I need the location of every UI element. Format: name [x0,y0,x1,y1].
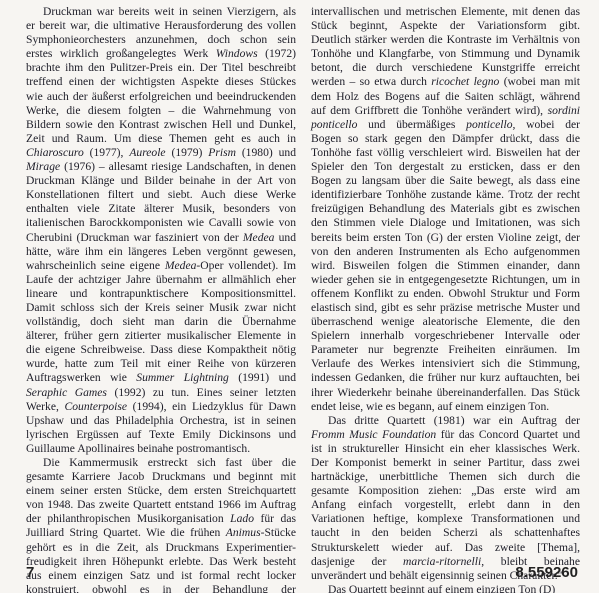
text-run: Symphonieorchesters anzunehmen, doch sch… [26,33,296,46]
italic-title: sordini [548,104,580,117]
text-line: dem Holz des Bogens auf die Saiten schlä… [311,90,580,104]
text-line: Bogen so stark gegen den Dämpfer drückt,… [311,132,580,146]
text-line: brachte ihm den Pulitzer-Preis ein. Der … [26,61,296,75]
italic-title: ponticello, [466,118,515,131]
text-line: erstes wirklich großangelegtes Werk Wind… [26,47,296,61]
text-line: Der Komponist bemerkt in seiner Partitur… [311,456,580,470]
text-line: Fromm Music Foundation für das Concord Q… [311,428,580,442]
text-line: Seraphic Games (1992) zu tun. Eines sein… [26,386,296,400]
text-run: der philanthropischen Musikorganisation [26,512,230,525]
text-run: offenem Konflikt zu enden. Obwohl Strukt… [311,287,580,300]
text-run: ihrer Wiederkehr beinahe übereinanderfal… [311,386,580,399]
text-run: Bogen zu langsam über die Saite bewegt, … [311,174,580,187]
text-line: die eigene Schreibweise. Dass diese Komp… [26,343,296,357]
text-run: (wobei man mit [499,75,580,88]
text-run: Laufe der achtziger Jahre übernahm er al… [26,273,296,286]
text-run: (1992) zu tun. Eines seiner letzten [107,386,296,399]
text-line: lyrischen Ergüssen auf Texte Emily Dicki… [26,428,296,442]
text-run: von 1948. Das zweite Quartett entstand 1… [26,498,296,511]
text-line: gesamte Komposition ziehen: „Das erste w… [311,484,580,498]
text-line: indessen Gedanken, die früher nur kurz a… [311,371,580,385]
text-run: treffend einen der wichtigsten Aspekte d… [26,75,296,88]
text-line: von den anderen Instrumenten als Echo au… [311,245,580,259]
italic-title: Animus [226,526,261,539]
text-run: Zeit und Raum. Um diese Themen geht es a… [26,132,296,145]
text-line: Auftragswerken wie Summer Lightning (199… [26,371,296,385]
text-run: wieder gehen sie in entgegengesetzte Ric… [311,273,580,286]
text-line: freudigkeit ihren Höhepunkt erlebte. Das… [26,555,296,569]
text-run: taucht in den beiden Scherzi als schatte… [311,526,580,539]
text-run: lyrischen Ergüssen auf Texte Emily Dicki… [26,428,296,441]
text-run: hartnäckige, unerbittliche Themen sich d… [311,470,580,483]
text-line: ponticello und übermäßiges ponticello, w… [311,118,580,132]
text-line: Parameter nur begrenzte Freiheiten einrä… [311,343,580,357]
text-run: Tonhöhe und Klangfarbe, von Stimmung und… [311,47,580,60]
text-run: -Oper vollendet). Im [196,259,296,272]
text-line: treffend einen der wichtigsten Aspekte d… [26,75,296,89]
text-run: elastisch sind, gibt es sehr präzise met… [311,301,580,314]
text-line: er bereit war, die ultimative Herausford… [26,19,296,33]
text-line: aus einem einzigen Satz und ist formal r… [26,569,296,583]
text-line: Das Quartett beginnt auf einem einzigen … [311,583,580,593]
text-run: wird. Bisweilen folgen die Stimmen einan… [311,259,580,272]
text-run: für das [254,512,296,525]
text-run: älterer, früher gern zitierter musikalis… [26,329,296,342]
text-line: werden – so etwa durch ricochet legno (w… [311,75,580,89]
text-run: italienischen Barockkomponisten wie Cava… [26,216,296,229]
text-line: Verlaufe des Werkes intensiviert sich di… [311,357,580,371]
text-line: identifizierbare Tonhöhe zustande käme. … [311,188,580,202]
text-run: gesamte Komposition ziehen: „Das erste w… [311,484,580,497]
text-run: bereits beim ersten Ton (G) der ersten V… [311,231,580,244]
text-line: Das dritte Quartett (1981) war ein Auftr… [311,414,580,428]
text-line: offenem Konflikt zu enden. Obwohl Strukt… [311,287,580,301]
text-run: Druckman Klänge und Bilder beinahe in de… [26,174,296,187]
text-run: überraschend wenige aleatorische Element… [311,315,580,328]
text-run: Deutlich stärker werden die Kontraste im… [311,33,580,46]
text-line: italienischen Barockkomponisten wie Cava… [26,216,296,230]
text-run: Werke, die diesem folgten – die Wahrnehm… [26,104,296,117]
text-run: von den anderen Instrumenten als Echo au… [311,245,580,258]
text-run: endet leise, wie es begann, auf einem ei… [311,400,549,413]
text-line: wird. Bisweilen folgen die Stimmen einan… [311,259,580,273]
italic-title: Summer Lightning [136,371,229,384]
text-run: freudigkeit ihren Höhepunkt erlebte. Das… [26,555,296,568]
text-line: enthalten viele Zitate älterer Musik, be… [26,202,296,216]
text-line: Damit schloss sich der Kreis seiner Musi… [26,301,296,315]
text-line: elastisch sind, gibt es sehr präzise met… [311,301,580,315]
text-line: Die Kammermusik erstreckt sich fast über… [26,456,296,470]
text-run: und [274,231,296,244]
text-run: dem Holz des Bogens auf die Saiten schlä… [311,90,580,103]
text-line: Druckman war bereits weit in seinen Vier… [26,5,296,19]
text-line: von 1948. Das zweite Quartett entstand 1… [26,498,296,512]
text-line: taucht in den beiden Scherzi als schatte… [311,526,580,540]
text-run: intervallischen und metrischen Elemente,… [311,5,580,18]
text-run: dasjenige der [311,555,403,568]
text-line: Zeit und Raum. Um diese Themen geht es a… [26,132,296,146]
italic-title: ricochet legno [431,75,499,88]
italic-title: marcia-ritornelli [403,555,481,568]
text-line: ist in struktureller Hinsicht ein eher k… [311,442,580,456]
text-line: wurde, hatte zum Teil mit einer Reihe vo… [26,357,296,371]
text-run: Variationen heftige, komplexe Transforma… [311,512,580,525]
text-run: freizügigen Behandlung des Materials gib… [311,202,580,215]
text-run: (1994), ein Liedzyklus für Dawn [127,400,296,413]
text-run: (1991) und [229,371,296,384]
text-line: gesamte Karriere Jacob Druckmans und beg… [26,470,296,484]
text-run: brachte ihm den Pulitzer-Preis ein. Der … [26,61,296,74]
text-line: Bogen zu langsam über die Saite bewegt, … [311,174,580,188]
text-run: (1979) [166,146,209,159]
text-line: Symphonieorchesters anzunehmen, doch sch… [26,33,296,47]
text-run: Konstellationen filtert und siebt. Auch … [26,188,296,201]
text-line: Mirage (1976) – allesamt riesige Landsch… [26,160,296,174]
text-line: den Stimmen viele Dialoge und Imitatione… [311,216,580,230]
text-run: (1977), [84,146,130,159]
catalog-number: 8.559260 [515,564,578,581]
text-run: wurde, hatte zum Teil mit einer Reihe vo… [26,357,296,370]
italic-title: Seraphic Games [26,386,107,399]
text-run: den Stimmen viele Dialoge und Imitatione… [311,216,580,229]
text-line: Spieler den Ton dergestalt zu ersticken,… [311,160,580,174]
italic-title: Medea [243,231,275,244]
text-run: wahrscheinlich seine eigene [26,259,165,272]
text-line: älterer, früher gern zitierter musikalis… [26,329,296,343]
text-run: Bildern sowie den Kontrast zwischen Hell… [26,118,296,131]
italic-title: Mirage [26,160,60,173]
text-line: Tonhöhe fast völlig verschleiert wird. B… [311,146,580,160]
text-run: lineare und kontrapunktischere Kompositi… [26,287,296,300]
text-line: wie auch der äußerst erfolgreichen und b… [26,90,296,104]
text-line: Druckman Klänge und Bilder beinahe in de… [26,174,296,188]
italic-title: Chiaroscuro [26,146,84,159]
text-run: Juilliard String Quartet. Wie die frühen [26,526,226,539]
italic-title: Lado [230,512,254,525]
text-run: Der Komponist bemerkt in seiner Partitur… [311,456,580,469]
text-run: die eigene Schreibweise. Dass diese Komp… [26,343,296,356]
text-run: Bogen so stark gegen den Dämpfer drückt,… [311,132,580,145]
text-run: einem seiner ersten Stücke, dem ersten S… [26,484,296,497]
text-line: wieder gehen sie in entgegengesetzte Ric… [311,273,580,287]
text-run: gehört es in die Zeit, als Druckmans Exp… [26,541,296,554]
text-run: identifizierbare Tonhöhe zustande käme. … [311,188,580,201]
text-line: vollständig, doch sieht man darin die Üb… [26,315,296,329]
italic-title: Aureole [129,146,165,159]
italic-title: ponticello [311,118,357,131]
text-line: lineare und kontrapunktischere Kompositi… [26,287,296,301]
text-run: auf dem Griffbrett die Tonhöhe verändert… [311,104,548,117]
text-run: Parameter nur begrenzte Freiheiten einrä… [311,343,580,356]
text-run: Anfang einfach vorgestellt, erlebt dann … [311,498,580,511]
italic-title: Counterpoise [65,400,127,413]
text-line: Chiaroscuro (1977), Aureole (1979) Prism… [26,146,296,160]
text-line: ihrer Wiederkehr beinahe übereinanderfal… [311,386,580,400]
text-line: Variationen heftige, komplexe Transforma… [311,512,580,526]
text-run: erstes wirklich großangelegtes Werk [26,47,216,60]
text-run: konstruiert, obwohl es in der Behandlung… [26,583,296,593]
text-run: und übermäßiges [357,118,466,131]
text-run: wie auch der äußerst erfolgreichen und b… [26,90,296,103]
text-run: Spielern innerhalb vorgeschriebener Inte… [311,329,580,342]
text-run: (1976) – allesamt riesige Landschaften, … [60,160,296,173]
text-line: endet leise, wie es begann, auf einem ei… [311,400,580,414]
text-line: Deutlich stärker werden die Kontraste im… [311,33,580,47]
text-run: ist in struktureller Hinsicht ein eher k… [311,442,580,455]
text-line: bereits beim ersten Ton (G) der ersten V… [311,231,580,245]
text-line: Cherubini (Druckman war fasziniert von d… [26,231,296,245]
text-line: Guillaume Apollinaires beinahe postroman… [26,442,296,456]
text-line: wahrscheinlich seine eigene Medea-Oper v… [26,259,296,273]
text-run: Das Quartett beginnt auf einem einzigen … [328,583,555,593]
text-line: hartnäckige, unerbittliche Themen sich d… [311,470,580,484]
text-run: Upshaw und das Philadelphia Orchestra, i… [26,414,296,427]
text-line: Tonhöhe und Klangfarbe, von Stimmung und… [311,47,580,61]
page-number: 7 [26,564,34,581]
text-run: er bereit war, die ultimative Herausford… [26,19,296,32]
text-run: Strukturskelett wieder auf. Das zweite [… [311,541,580,554]
text-line: überraschend wenige aleatorische Element… [311,315,580,329]
text-run: Druckman war bereits weit in seinen Vier… [43,5,296,18]
text-line: betont, die durch verschiedene Kunstgrif… [311,61,580,75]
text-run: Die Kammermusik erstreckt sich fast über… [43,456,296,469]
text-line: Laufe der achtziger Jahre übernahm er al… [26,273,296,287]
text-line: Anfang einfach vorgestellt, erlebt dann … [311,498,580,512]
text-run: (1972) [258,47,296,60]
text-run: Werke, [26,400,65,413]
text-line: freizügigen Behandlung des Materials gib… [311,202,580,216]
text-run: Cherubini (Druckman war fasziniert von d… [26,231,243,244]
italic-title: Medea [165,259,197,272]
text-run: -Stücke [261,526,296,539]
text-line: Spielern innerhalb vorgeschriebener Inte… [311,329,580,343]
text-run: vollständig, doch sieht man darin die Üb… [26,315,296,328]
text-line: intervallischen und metrischen Elemente,… [311,5,580,19]
italic-title: Windows [216,47,258,60]
text-line: Strukturskelett wieder auf. Das zweite [… [311,541,580,555]
text-run: betont, die durch verschiedene Kunstgrif… [311,61,580,74]
text-run: hätte, wäre ihm ein längeres Leben vergö… [26,245,296,258]
text-run: Das dritte Quartett (1981) war ein Auftr… [328,414,580,427]
text-run: Damit schloss sich der Kreis seiner Musi… [26,301,296,314]
text-line: gehört es in die Zeit, als Druckmans Exp… [26,541,296,555]
text-run: Guillaume Apollinaires beinahe postroman… [26,442,250,455]
text-run: wobei der [515,118,580,131]
text-run: werden – so etwa durch [311,75,431,88]
text-line: Konstellationen filtert und siebt. Auch … [26,188,296,202]
text-run: aus einem einzigen Satz und ist formal r… [26,569,296,582]
text-line: auf dem Griffbrett die Tonhöhe verändert… [311,104,580,118]
italic-title: Fromm Music Foundation [311,428,436,441]
text-run: Auftragswerken wie [26,371,136,384]
right-text-column: intervallischen und metrischen Elemente,… [311,5,580,593]
italic-title: Prism [208,146,236,159]
text-run: gesamte Karriere Jacob Druckmans und beg… [26,470,296,483]
text-line: Stück beginnt, Aspekte der Variationsfor… [311,19,580,33]
text-run: Tonhöhe fast völlig verschleiert wird. B… [311,146,580,159]
text-line: hätte, wäre ihm ein längeres Leben vergö… [26,245,296,259]
text-run: enthalten viele Zitate älterer Musik, be… [26,202,296,215]
text-line: konstruiert, obwohl es in der Behandlung… [26,583,296,593]
text-line: einem seiner ersten Stücke, dem ersten S… [26,484,296,498]
text-line: Juilliard String Quartet. Wie die frühen… [26,526,296,540]
text-run: Verlaufe des Werkes intensiviert sich di… [311,357,580,370]
text-run: indessen Gedanken, die früher nur kurz a… [311,371,580,384]
text-line: der philanthropischen Musikorganisation … [26,512,296,526]
left-text-column: Druckman war bereits weit in seinen Vier… [26,5,296,593]
text-run: Spieler den Ton dergestalt zu ersticken,… [311,160,580,173]
text-line: Bildern sowie den Kontrast zwischen Hell… [26,118,296,132]
text-run: für das Concord Quartet und [436,428,580,441]
text-line: Werke, Counterpoise (1994), ein Liedzykl… [26,400,296,414]
text-run: Stück beginnt, Aspekte der Variationsfor… [311,19,580,32]
text-run: (1980) und [236,146,296,159]
text-line: Upshaw und das Philadelphia Orchestra, i… [26,414,296,428]
text-line: Werke, die diesem folgten – die Wahrnehm… [26,104,296,118]
